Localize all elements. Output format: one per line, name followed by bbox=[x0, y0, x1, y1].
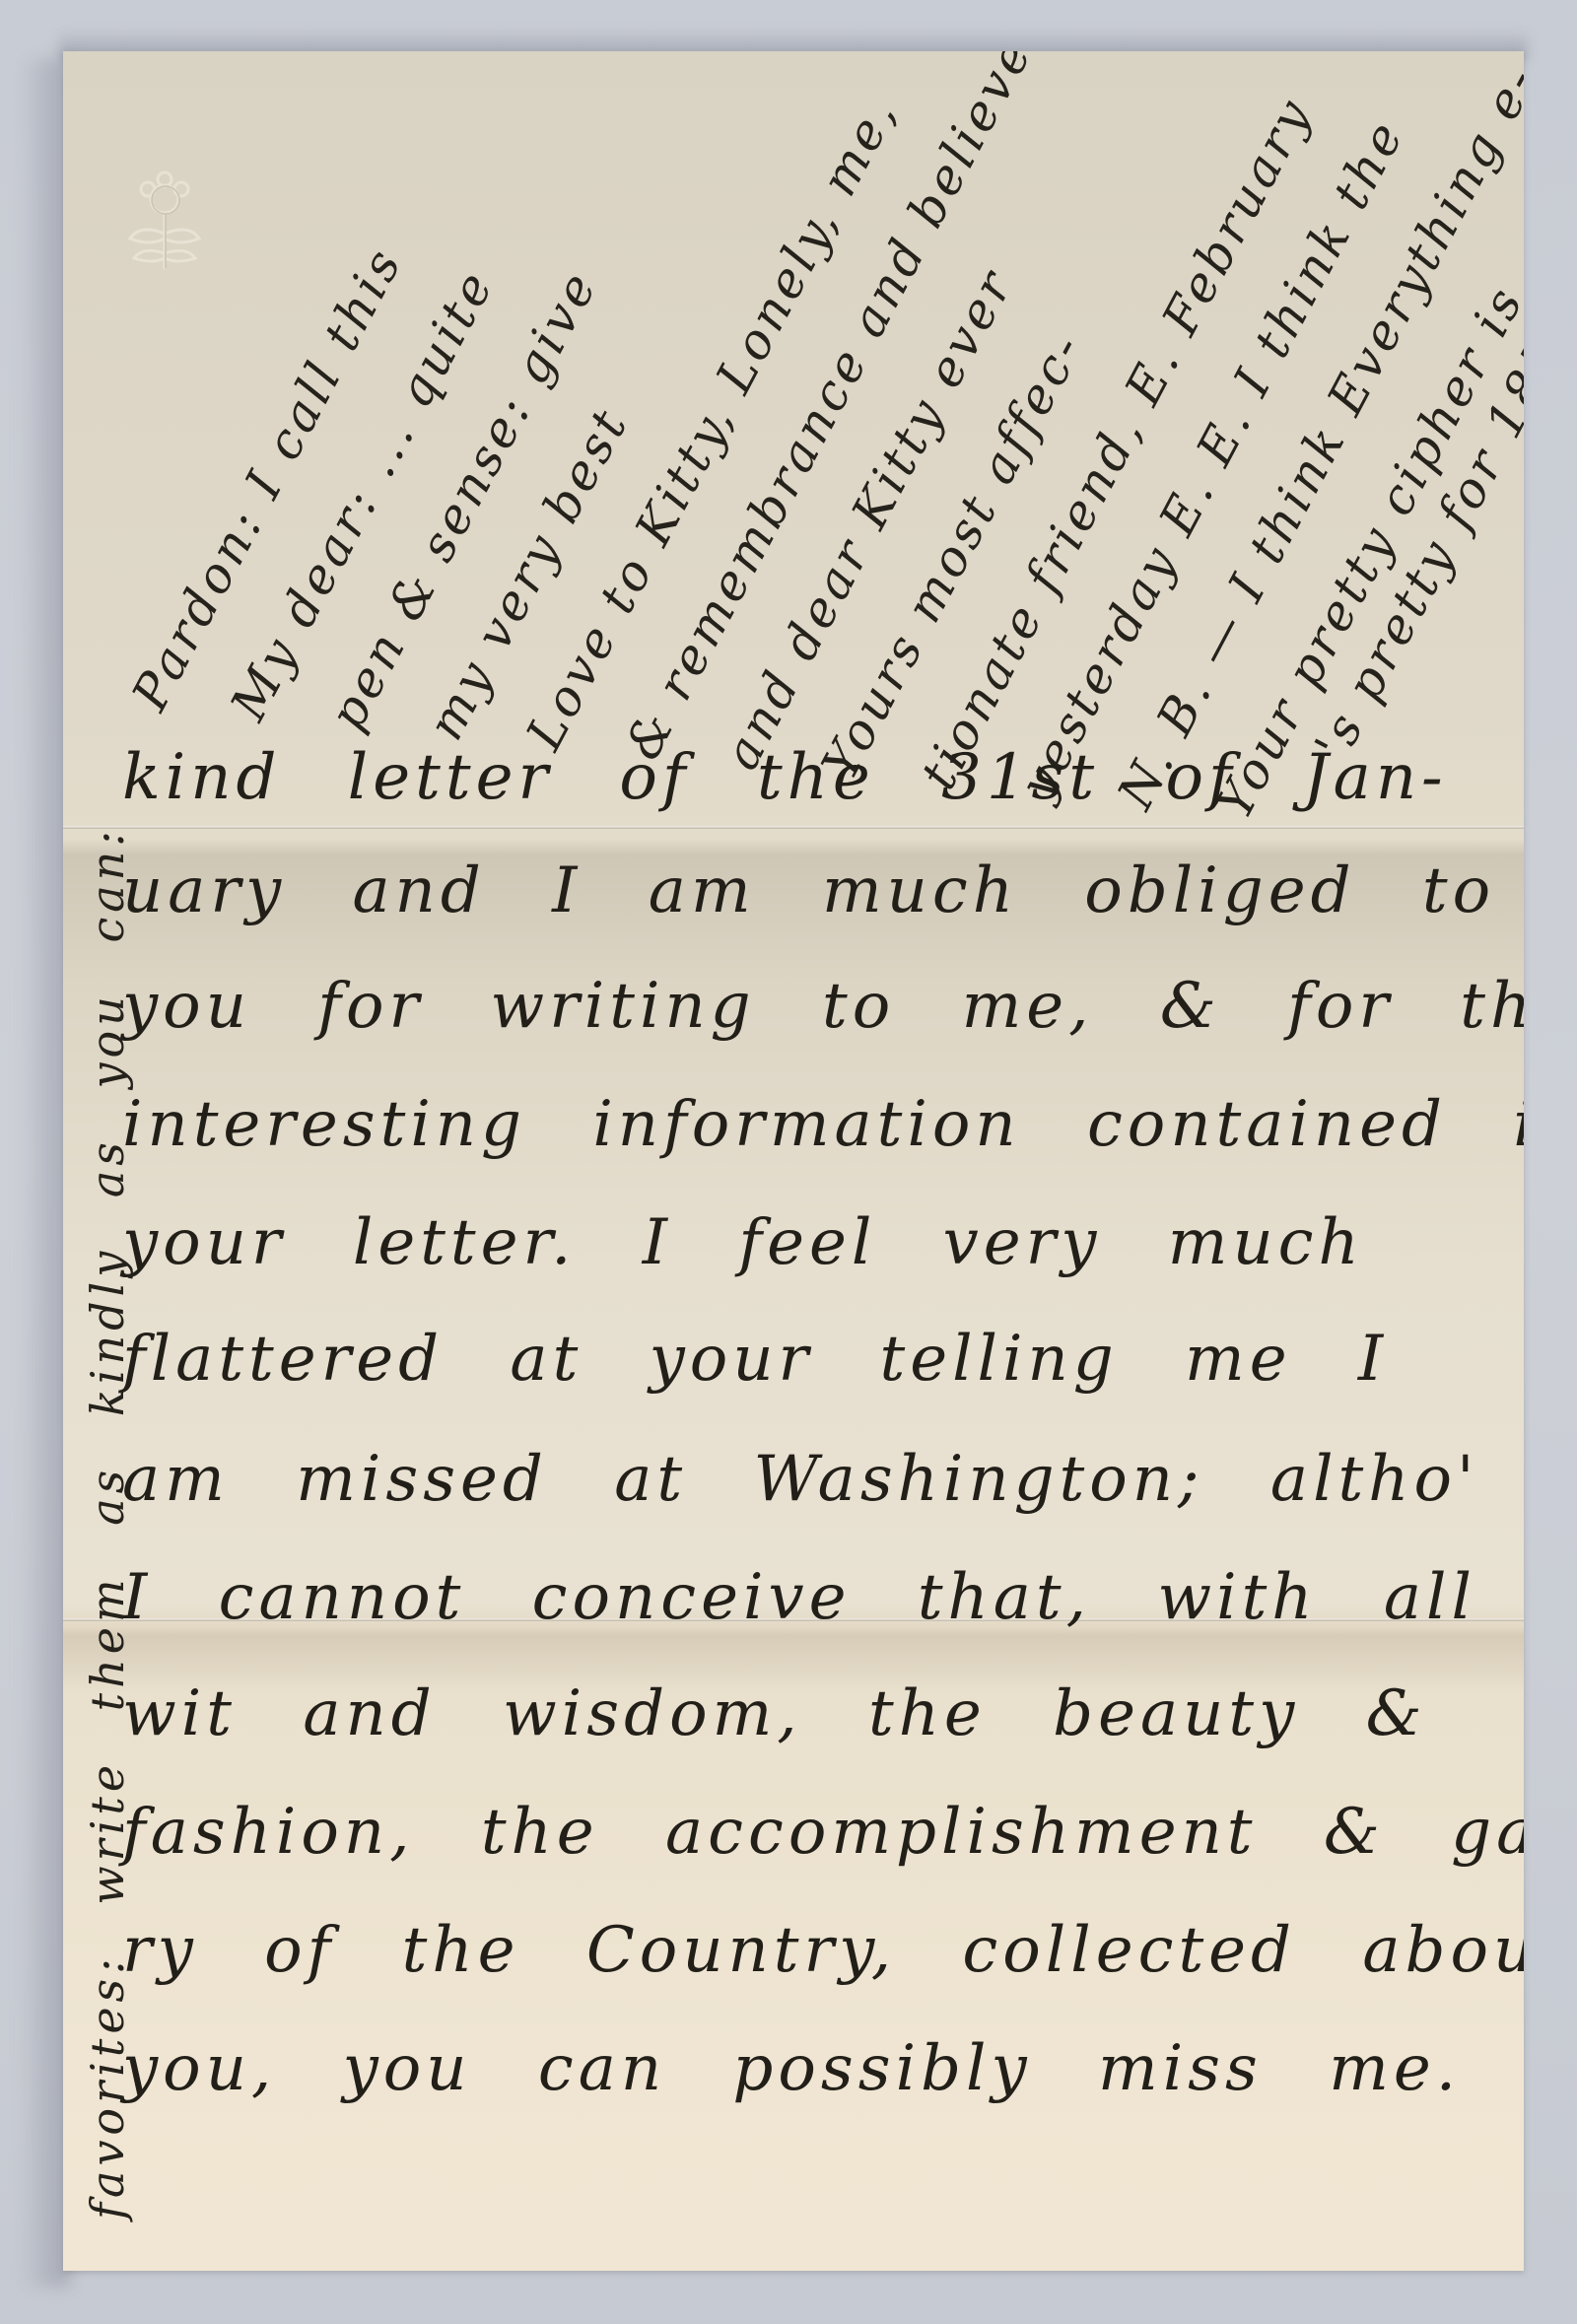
body-line: wit and wisdom, the beauty & bbox=[122, 1677, 1427, 1750]
body-line: you, you can possibly miss me. — bbox=[122, 2032, 1524, 2105]
body-line: ry of the Country, collected about bbox=[122, 1914, 1524, 1987]
body-line: kind letter of the 31st of Jan- bbox=[122, 741, 1448, 814]
body-line: am missed at Washington; altho' bbox=[122, 1443, 1479, 1516]
body-line: flattered at your telling me I bbox=[122, 1323, 1388, 1396]
body-line: interesting information contained in bbox=[122, 1088, 1524, 1161]
body-line: fashion, the accomplishment & gallant- bbox=[122, 1796, 1524, 1869]
margin-note: favorites: write them as kindly as you c… bbox=[81, 826, 134, 2220]
fold-crease-upper bbox=[63, 826, 1524, 829]
body-line: your letter. I feel very much bbox=[122, 1206, 1364, 1279]
cross-written-section: Pardon: I call this My dear: ... quite p… bbox=[132, 81, 1512, 761]
body-line: I cannot conceive that, with all the bbox=[122, 1561, 1524, 1634]
paper-shadow-left bbox=[20, 59, 69, 2287]
letter-sheet: Pardon: I call this My dear: ... quite p… bbox=[63, 51, 1524, 2271]
body-line: uary and I am much obliged to bbox=[122, 854, 1495, 927]
body-line: you for writing to me, & for the bbox=[122, 970, 1524, 1043]
